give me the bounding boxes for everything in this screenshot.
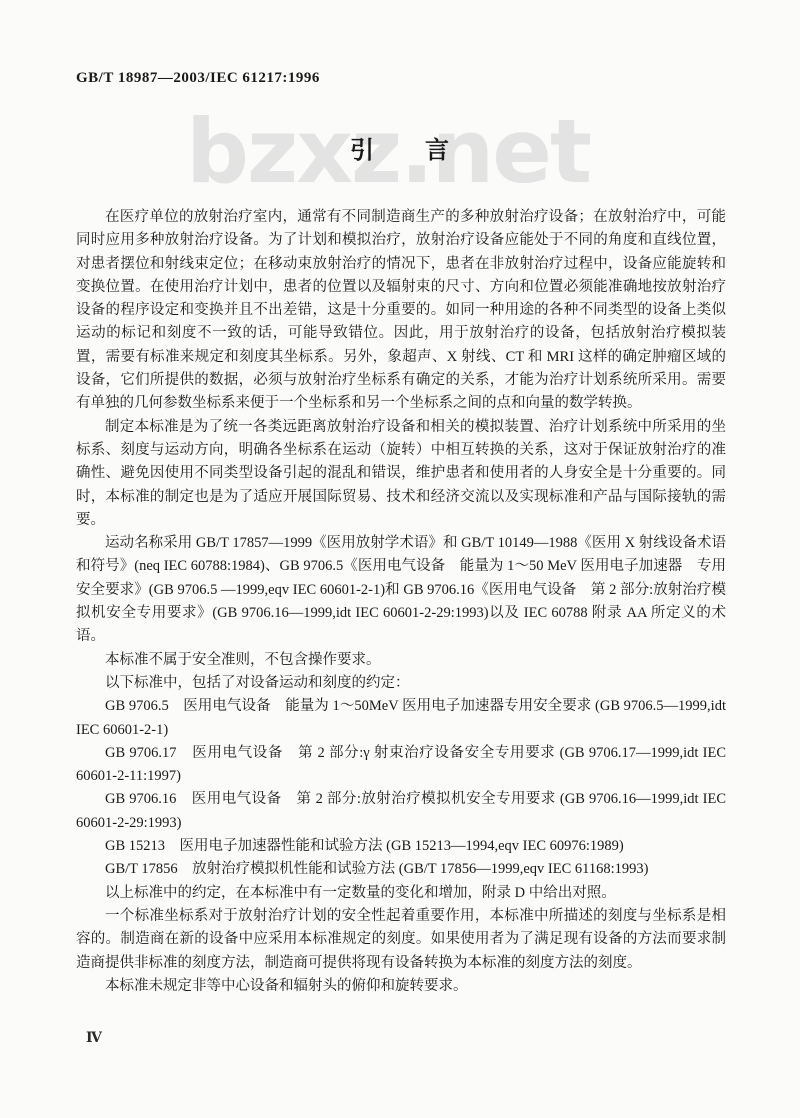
paragraph: 本标准未规定非等中心设备和辐射头的俯仰和旋转要求。 xyxy=(76,975,726,998)
paragraph: 以下标准中，包括了对设备运动和刻度的约定： xyxy=(76,672,726,695)
scanned-document-page: bzxz.net GB/T 18987—2003/IEC 61217:1996 … xyxy=(0,0,800,1118)
paragraph: 以上标准中的约定，在本标准中有一定数量的变化和增加，附录 D 中给出对照。 xyxy=(76,882,726,905)
paragraph: GB 9706.5 医用电气设备 能量为 1～50MeV 医用电子加速器专用安全… xyxy=(76,695,726,742)
paragraph: GB 15213 医用电子加速器性能和试验方法 (GB 15213—1994,e… xyxy=(76,835,726,858)
paragraph: 在医疗单位的放射治疗室内，通常有不同制造商生产的多种放射治疗设备；在放射治疗中，… xyxy=(76,206,726,416)
paragraph: 制定本标准是为了统一各类远距离放射治疗设备和相关的模拟装置、治疗计划系统中所采用… xyxy=(76,416,726,532)
paragraph: GB 9706.17 医用电气设备 第 2 部分:γ 射束治疗设备安全专用要求 … xyxy=(76,742,726,789)
page-title: 引 言 xyxy=(0,130,800,165)
document-body: 在医疗单位的放射治疗室内，通常有不同制造商生产的多种放射治疗设备；在放射治疗中，… xyxy=(76,206,726,998)
paragraph: 一个标准坐标系对于放射治疗计划的安全性起着重要作用，本标准中所描述的刻度与坐标系… xyxy=(76,905,726,975)
paragraph: 本标准不属于安全准则，不包含操作要求。 xyxy=(76,649,726,672)
paragraph: GB/T 17856 放射治疗模拟机性能和试验方法 (GB/T 17856—19… xyxy=(76,858,726,881)
page-number: Ⅳ xyxy=(86,1030,102,1047)
paragraph: GB 9706.16 医用电气设备 第 2 部分:放射治疗模拟机安全专用要求 (… xyxy=(76,788,726,835)
paragraph: 运动名称采用 GB/T 17857—1999《医用放射学术语》和 GB/T 10… xyxy=(76,532,726,648)
standard-number-header: GB/T 18987—2003/IEC 61217:1996 xyxy=(76,70,320,87)
